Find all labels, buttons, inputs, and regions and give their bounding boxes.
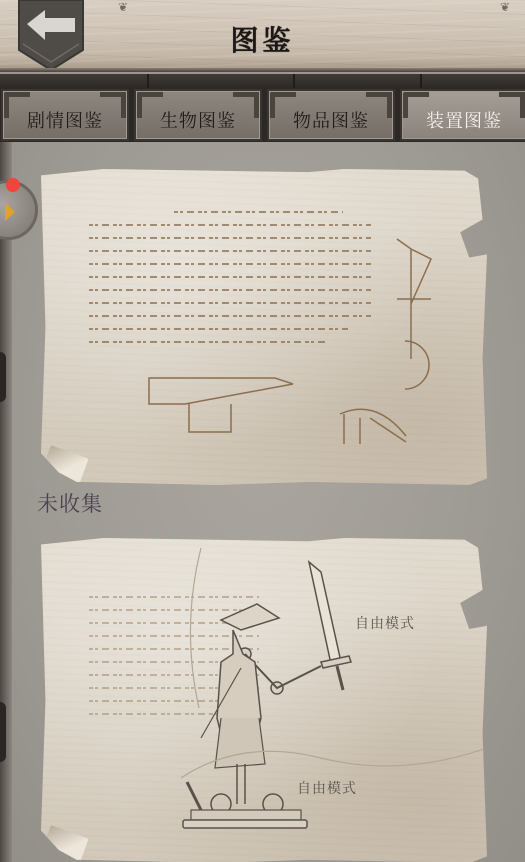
corner-ornament-icon	[233, 92, 259, 118]
beam-seam	[147, 74, 149, 88]
category-tabs: 剧情图鉴 生物图鉴 物品图鉴 装置图鉴	[0, 88, 525, 142]
header-bar: ❦ ❦ 图鉴	[0, 0, 525, 72]
wedge-sketch-image	[145, 374, 295, 436]
corner-ornament-icon	[499, 92, 525, 118]
leaf-decoration-icon: ❦	[118, 0, 128, 14]
mode-label-bottom: 自由模式	[297, 778, 357, 798]
corner-ornament-icon	[100, 92, 126, 118]
corner-ornament-icon	[366, 92, 392, 118]
mode-label-top: 自由模式	[355, 613, 415, 633]
notification-dot	[6, 178, 20, 192]
codex-content: 未收集	[0, 142, 525, 862]
tab-label: 装置图鉴	[426, 107, 502, 133]
device-card-collected[interactable]	[41, 169, 487, 485]
tab-items[interactable]: 物品图鉴	[267, 89, 395, 141]
side-mark	[0, 702, 6, 762]
beam-seam	[293, 74, 295, 88]
header-beam	[0, 74, 525, 88]
side-drawer-toggle[interactable]	[0, 180, 38, 240]
uncollected-section-label: 未收集	[37, 488, 103, 518]
leaf-decoration-icon: ❦	[500, 0, 510, 14]
manuscript-text-image	[89, 211, 371, 371]
tab-label: 物品图鉴	[293, 107, 369, 133]
tab-label: 生物图鉴	[160, 107, 236, 133]
tab-devices[interactable]: 装置图鉴	[400, 89, 525, 141]
side-panel-edge	[0, 142, 12, 862]
page-fold	[41, 825, 88, 862]
tab-story[interactable]: 剧情图鉴	[1, 89, 129, 141]
arc-mechanism-sketch-image	[391, 229, 441, 419]
chevron-right-icon	[5, 203, 15, 221]
quarter-arc-sketch-image	[336, 404, 416, 446]
torn-paper-crease	[181, 548, 487, 788]
beam-seam	[420, 74, 422, 88]
side-mark	[0, 352, 6, 402]
tab-label: 剧情图鉴	[27, 107, 103, 133]
page-title: 图鉴	[0, 19, 525, 59]
device-card-uncollected[interactable]: 自由模式 自由模式	[41, 538, 487, 862]
page-fold	[41, 445, 88, 485]
tab-creatures[interactable]: 生物图鉴	[134, 89, 262, 141]
